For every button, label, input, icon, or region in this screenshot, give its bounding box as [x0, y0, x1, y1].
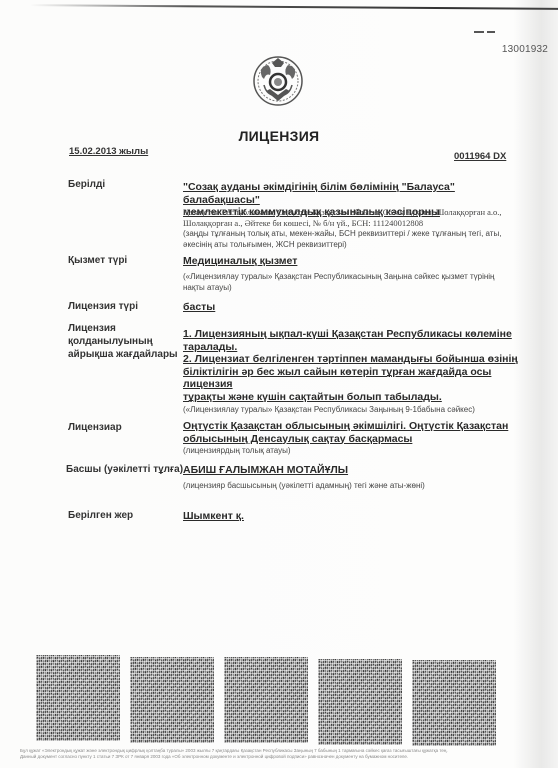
issued-to-address: Қазақстан Республикасы, Оңтүстік Қазақст…	[183, 207, 523, 229]
issued-to-note: (заңды тұлғаның толық аты, мекен-жайы, Б…	[183, 229, 523, 250]
issue-date: 15.02.2013 жылы	[69, 146, 148, 157]
data-matrix-code-4	[318, 659, 402, 745]
footer-line-2: Данный документ согласно пункту 1 статьи…	[20, 754, 480, 760]
special-conditions-note: («Лицензиялау туралы» Қазақстан Республи…	[183, 405, 543, 416]
head-label: Басшы (уәкілетті тұлға)	[66, 463, 183, 476]
condition-line-1: 1. Лицензияның ықпал-күші Қазақстан Респ…	[183, 328, 523, 341]
label-line-2: қолданылуының	[68, 335, 178, 348]
note-line-1: («Лицензиялау туралы» Қазақстан Республи…	[183, 272, 523, 283]
license-type-label: Лицензия түрі	[68, 300, 138, 313]
label-line-1: Лицензия	[68, 322, 178, 335]
licensor-line-1: Оңтүстік Қазақстан облысының әкімшілігі.…	[183, 420, 523, 433]
licensor-label: Лицензиар	[68, 421, 122, 434]
data-matrix-code-1	[36, 655, 120, 741]
issued-to-line-1: "Созақ ауданы әкімдігінің білім бөліміні…	[183, 181, 523, 206]
special-conditions-label: Лицензия қолданылуының айрықша жағдайлар…	[68, 322, 178, 361]
note-line-2: әкесінің аты толығымен, ЖСН реквизиттері…	[183, 240, 523, 251]
licensor-value: Оңтүстік Қазақстан облысының әкімшілігі.…	[183, 420, 523, 445]
activity-type-value: Медициналық қызмет	[183, 255, 523, 268]
licensor-note: (лицензиярдың толық атауы)	[183, 446, 523, 457]
condition-line-4: біліктілігін әр бес жыл сайын көтеріп тұ…	[183, 366, 523, 391]
place-issued-label: Берілген жер	[68, 509, 133, 522]
special-conditions-value: 1. Лицензияның ықпал-күші Қазақстан Респ…	[183, 328, 523, 403]
data-matrix-code-2	[130, 657, 214, 743]
address-line-2: Шолаққорған а., Әйтеке би көшесі, № б/н …	[183, 218, 523, 229]
activity-type-note: («Лицензиялау туралы» Қазақстан Республи…	[183, 272, 523, 293]
condition-line-2: таралады.	[183, 341, 523, 354]
state-emblem-icon	[252, 55, 304, 107]
condition-line-3: 2. Лицензиат белгіленген тәртіппен маман…	[183, 353, 523, 366]
licensor-line-2: облысының Денсаулық сақтау басқармасы	[183, 433, 523, 446]
footer-legal-text: Бұл құжат «Электрондық құжат және электр…	[20, 748, 480, 760]
issued-to-label: Берілді	[68, 178, 105, 191]
head-note: (лицензияр басшысының (уәкілетті адамның…	[183, 481, 523, 492]
label-line-3: айрықша жағдайлары	[68, 348, 178, 361]
serial-number: 13001932	[502, 44, 548, 55]
note-line-1: (заңды тұлғаның толық аты, мекен-жайы, Б…	[183, 229, 523, 240]
data-matrix-code-5	[412, 660, 496, 746]
license-type-value: басты	[183, 301, 523, 314]
scan-edge-line	[30, 4, 558, 10]
document-title: ЛИЦЕНЗИЯ	[0, 128, 558, 144]
head-value: АБИШ ҒАЛЫМЖАН МОТАЙҰЛЫ	[183, 464, 523, 477]
note-line-2: нақты атауы)	[183, 283, 523, 294]
activity-type-label: Қызмет түрі	[68, 254, 127, 267]
place-issued-value: Шымкент қ.	[183, 510, 523, 523]
barcode-strip	[36, 655, 506, 743]
address-line-1: Қазақстан Республикасы, Оңтүстік Қазақст…	[183, 207, 523, 218]
license-number: 0011964 DX	[454, 151, 506, 162]
license-document: 13001932 ЛИЦЕНЗИЯ 15.02.2013 жылы 001196…	[0, 0, 558, 768]
condition-line-5: тұрақты және күшін сақтайтын болып табыл…	[183, 391, 523, 404]
pen-mark	[474, 31, 502, 34]
data-matrix-code-3	[224, 657, 308, 743]
